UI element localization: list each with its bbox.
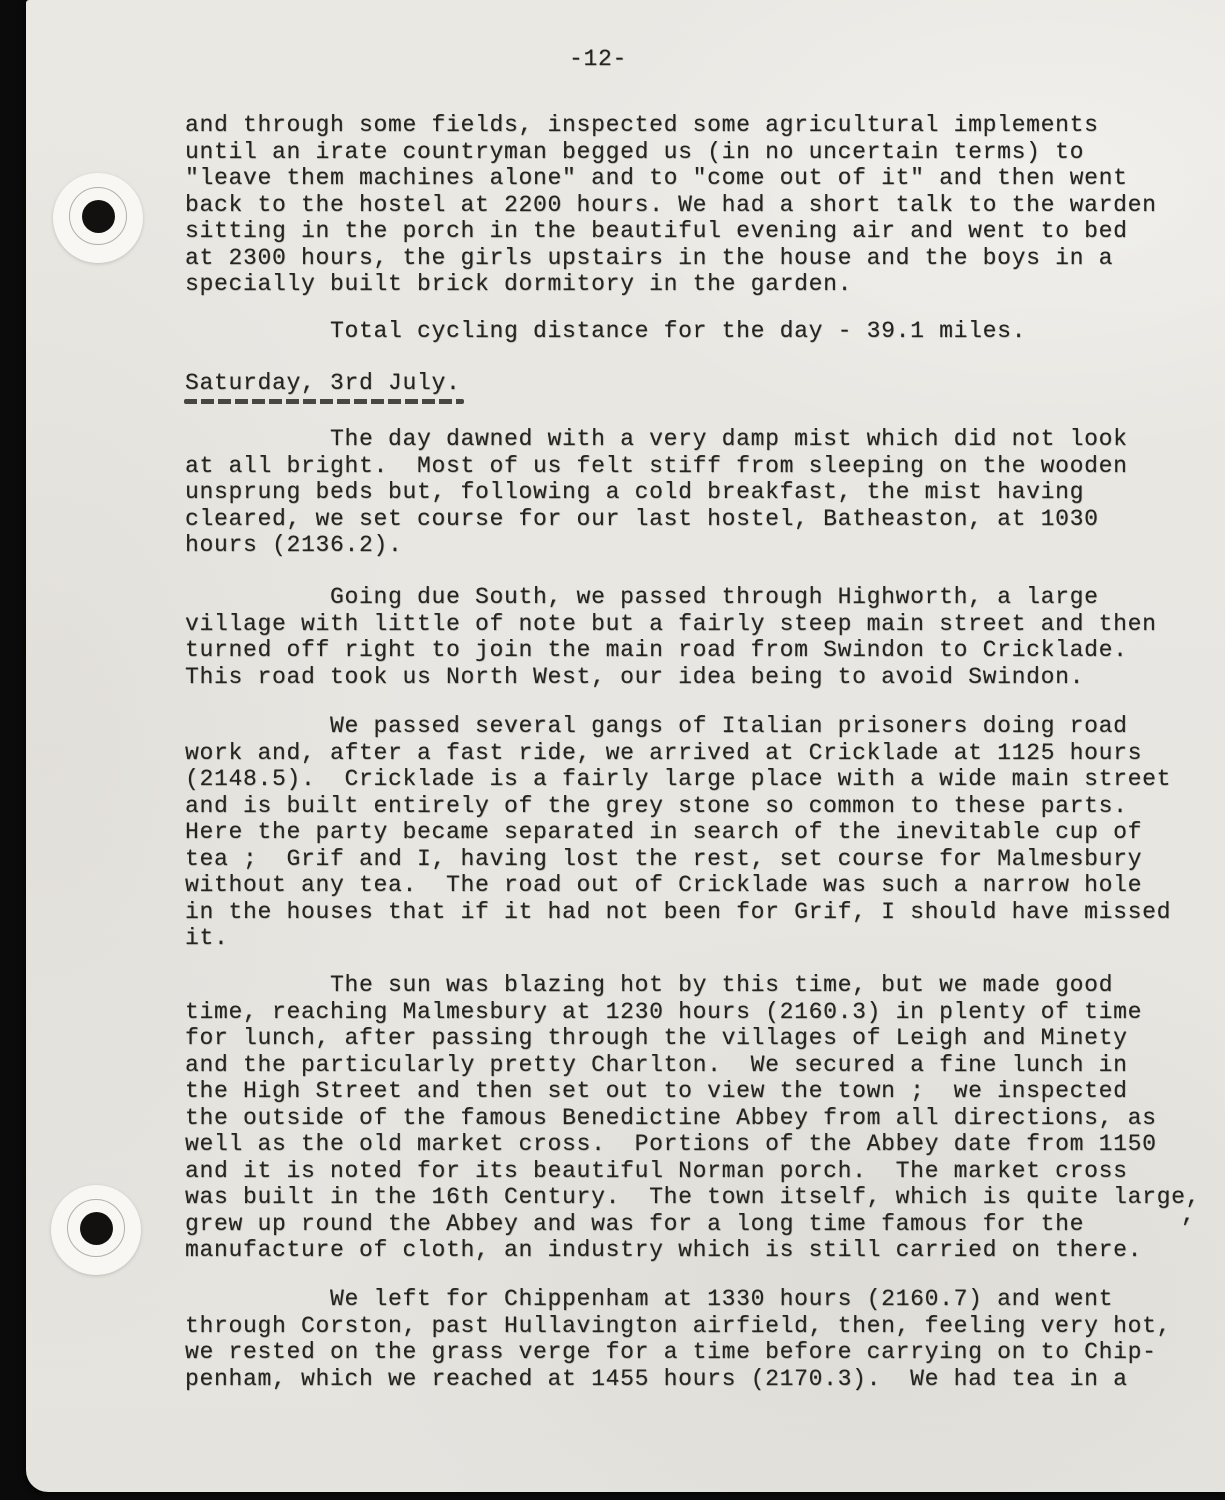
paragraph-continuation: and through some fields, inspected some … bbox=[185, 112, 1157, 298]
paragraph-day-dawned: The day dawned with a very damp mist whi… bbox=[185, 426, 1128, 559]
total-distance-line: Total cycling distance for the day - 39.… bbox=[185, 318, 1026, 345]
page-number: -12- bbox=[538, 46, 658, 73]
hole-punch-top bbox=[53, 173, 143, 263]
paragraph-chippenham: We left for Chippenham at 1330 hours (21… bbox=[185, 1286, 1171, 1392]
hole-punch-bottom bbox=[51, 1185, 141, 1275]
scanned-page: -12- and through some fields, inspected … bbox=[26, 0, 1225, 1492]
heading-dashed-underline bbox=[184, 399, 464, 404]
paragraph-going-south: Going due South, we passed through Highw… bbox=[185, 584, 1157, 690]
stray-typewriter-mark: , bbox=[1181, 1202, 1196, 1229]
date-heading: Saturday, 3rd July. bbox=[185, 370, 461, 397]
paragraph-malmesbury: The sun was blazing hot by this time, bu… bbox=[185, 972, 1200, 1264]
paragraph-cricklade: We passed several gangs of Italian priso… bbox=[185, 713, 1171, 952]
